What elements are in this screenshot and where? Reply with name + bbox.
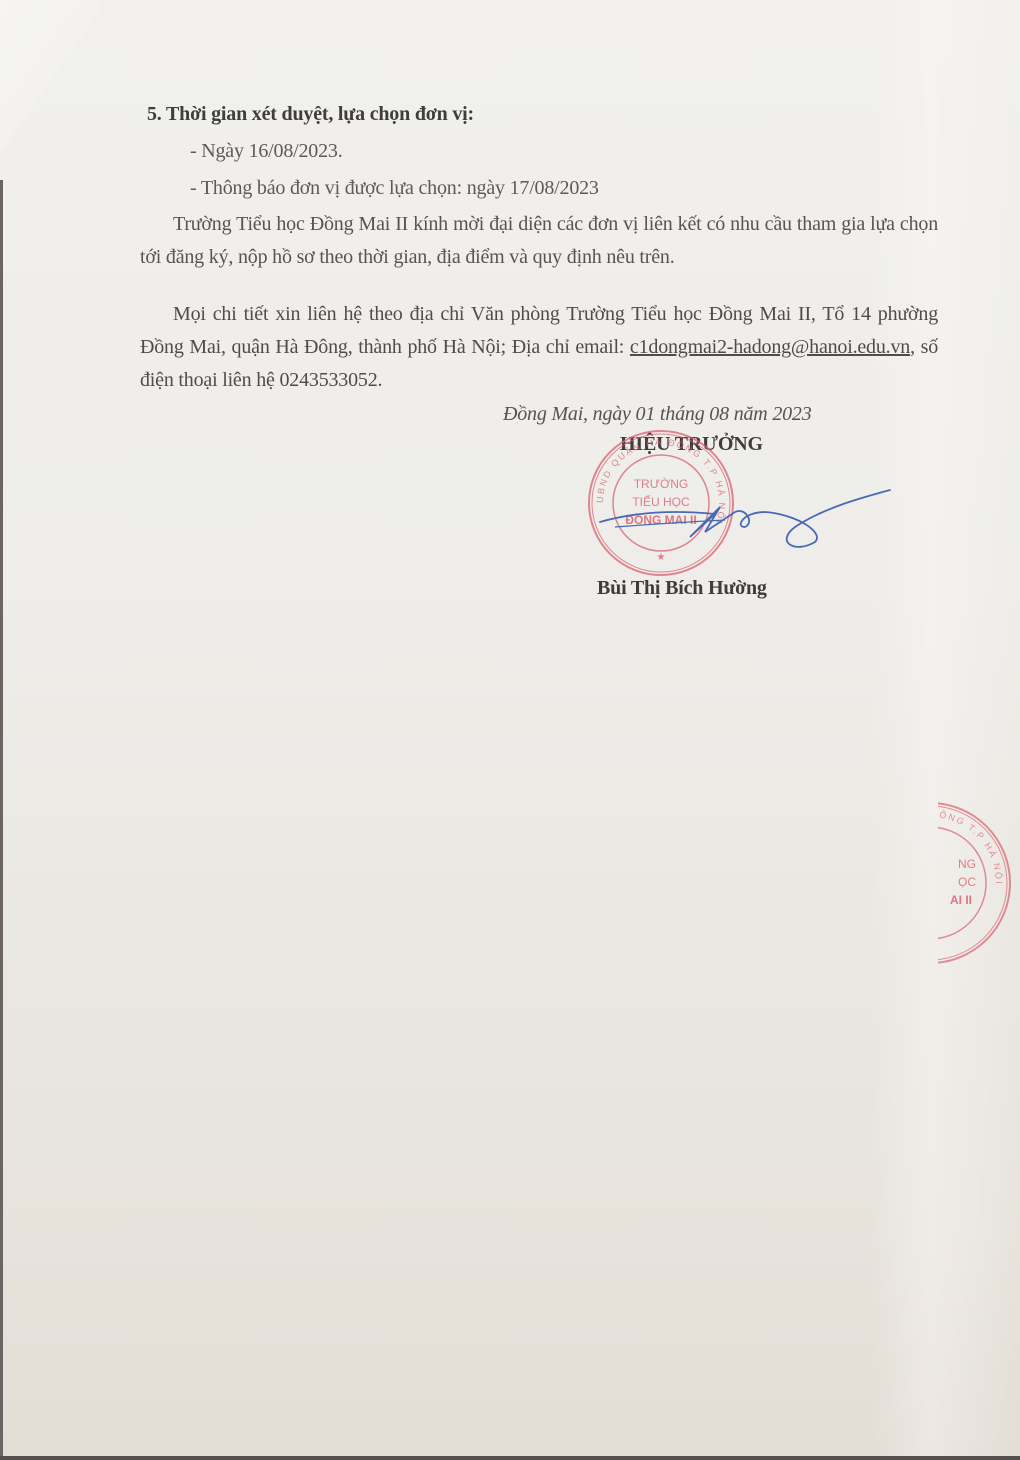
folded-corner xyxy=(0,0,100,160)
contact-email-link[interactable]: c1dongmai2-hadong@hanoi.edu.vn xyxy=(630,336,910,358)
edge-stamp-partial: HÀ ĐÔNG T.P HÀ NỘI NG ỌC AI II xyxy=(938,798,1020,968)
bullet-review-date: - Ngày 16/08/2023. xyxy=(190,135,343,168)
paragraph-contact: Mọi chi tiết xin liên hệ theo địa chỉ Vă… xyxy=(140,298,938,397)
edge-stamp-line-1: NG xyxy=(958,857,976,871)
section-heading: 5. Thời gian xét duyệt, lựa chọn đơn vị: xyxy=(147,98,474,131)
bullet-notification-date: - Thông báo đơn vị được lựa chọn: ngày 1… xyxy=(190,172,599,205)
place-date: Đồng Mai, ngày 01 tháng 08 năm 2023 xyxy=(503,398,812,431)
edge-stamp-line-3: AI II xyxy=(950,893,972,907)
page-edge-left xyxy=(0,180,3,1460)
paragraph-invitation: Trường Tiểu học Đồng Mai II kính mời đại… xyxy=(140,208,938,274)
document-page: 5. Thời gian xét duyệt, lựa chọn đơn vị:… xyxy=(0,0,1020,1460)
page-edge-bottom xyxy=(0,1456,1020,1460)
signer-name: Bùi Thị Bích Hường xyxy=(597,572,767,605)
edge-stamp-line-2: ỌC xyxy=(958,875,976,889)
signature xyxy=(595,482,895,562)
